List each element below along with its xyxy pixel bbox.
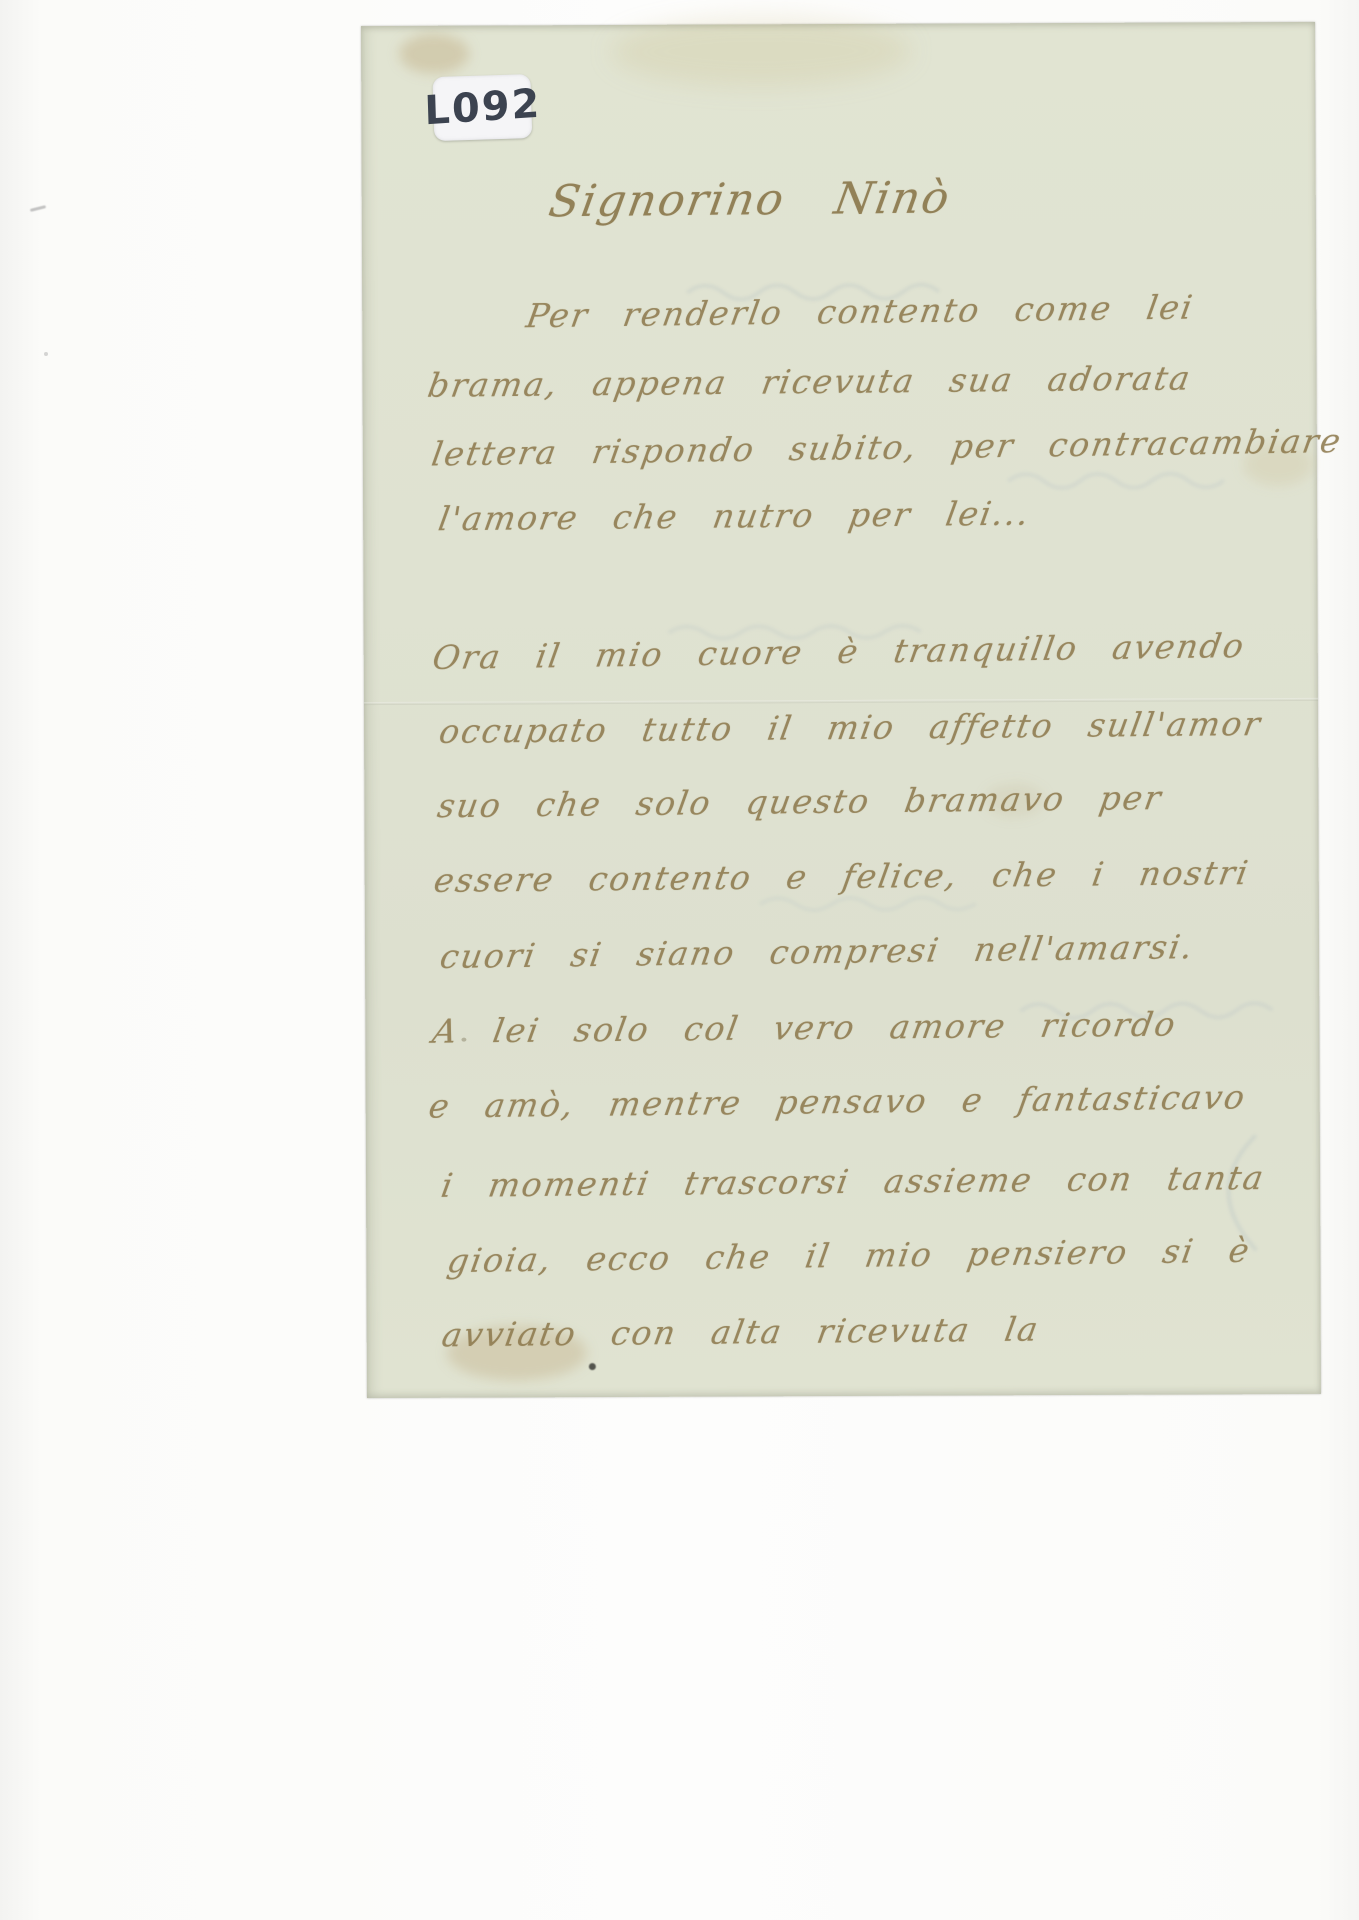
archive-label-text: L092 [423,81,541,135]
letter-line: Per renderlo contento come lei [524,288,1197,336]
letter-line: A lei solo col vero amore ricordo [430,1005,1180,1051]
letter-line: occupato tutto il mio affetto sull'amor [436,704,1264,751]
ink-speck [589,1363,596,1370]
scanner-artifact-dash [30,205,46,212]
scanner-artifact-dot [44,352,48,356]
letter-line: l'amore che nutro per lei... [436,494,1034,539]
letter-line: e amò, mentre pensavo e fantasticavo [426,1077,1249,1125]
archive-label-sticker: L092 [432,74,532,141]
letter-line: essere contento e felice, che i nostri [431,853,1253,900]
letter-line: suo che solo questo bramavo per [435,778,1166,825]
letter-line: brama, appena ricevuta sua adorata [425,358,1195,404]
letter-line: avviato con alta ricevuta la [439,1310,1042,1355]
paper-stain [611,16,911,87]
paper-stain [399,34,469,74]
letter-paper: L092 Signorino Ninò Per renderlo content… [361,22,1321,1398]
bleedthrough-writing [1003,460,1253,495]
letter-line: gioia, ecco che il mio pensiero si è [445,1231,1254,1281]
letter-line: Ora il mio cuore è tranquillo avendo [430,626,1248,677]
scanned-letter-page: L092 Signorino Ninò Per renderlo content… [0,0,1359,1920]
letter-line: cuori si siano compresi nell'amarsi. [437,927,1197,976]
letter-line: i momenti trascorsi assieme con tanta [438,1158,1268,1205]
letter-salutation: Signorino Ninò [545,172,954,227]
